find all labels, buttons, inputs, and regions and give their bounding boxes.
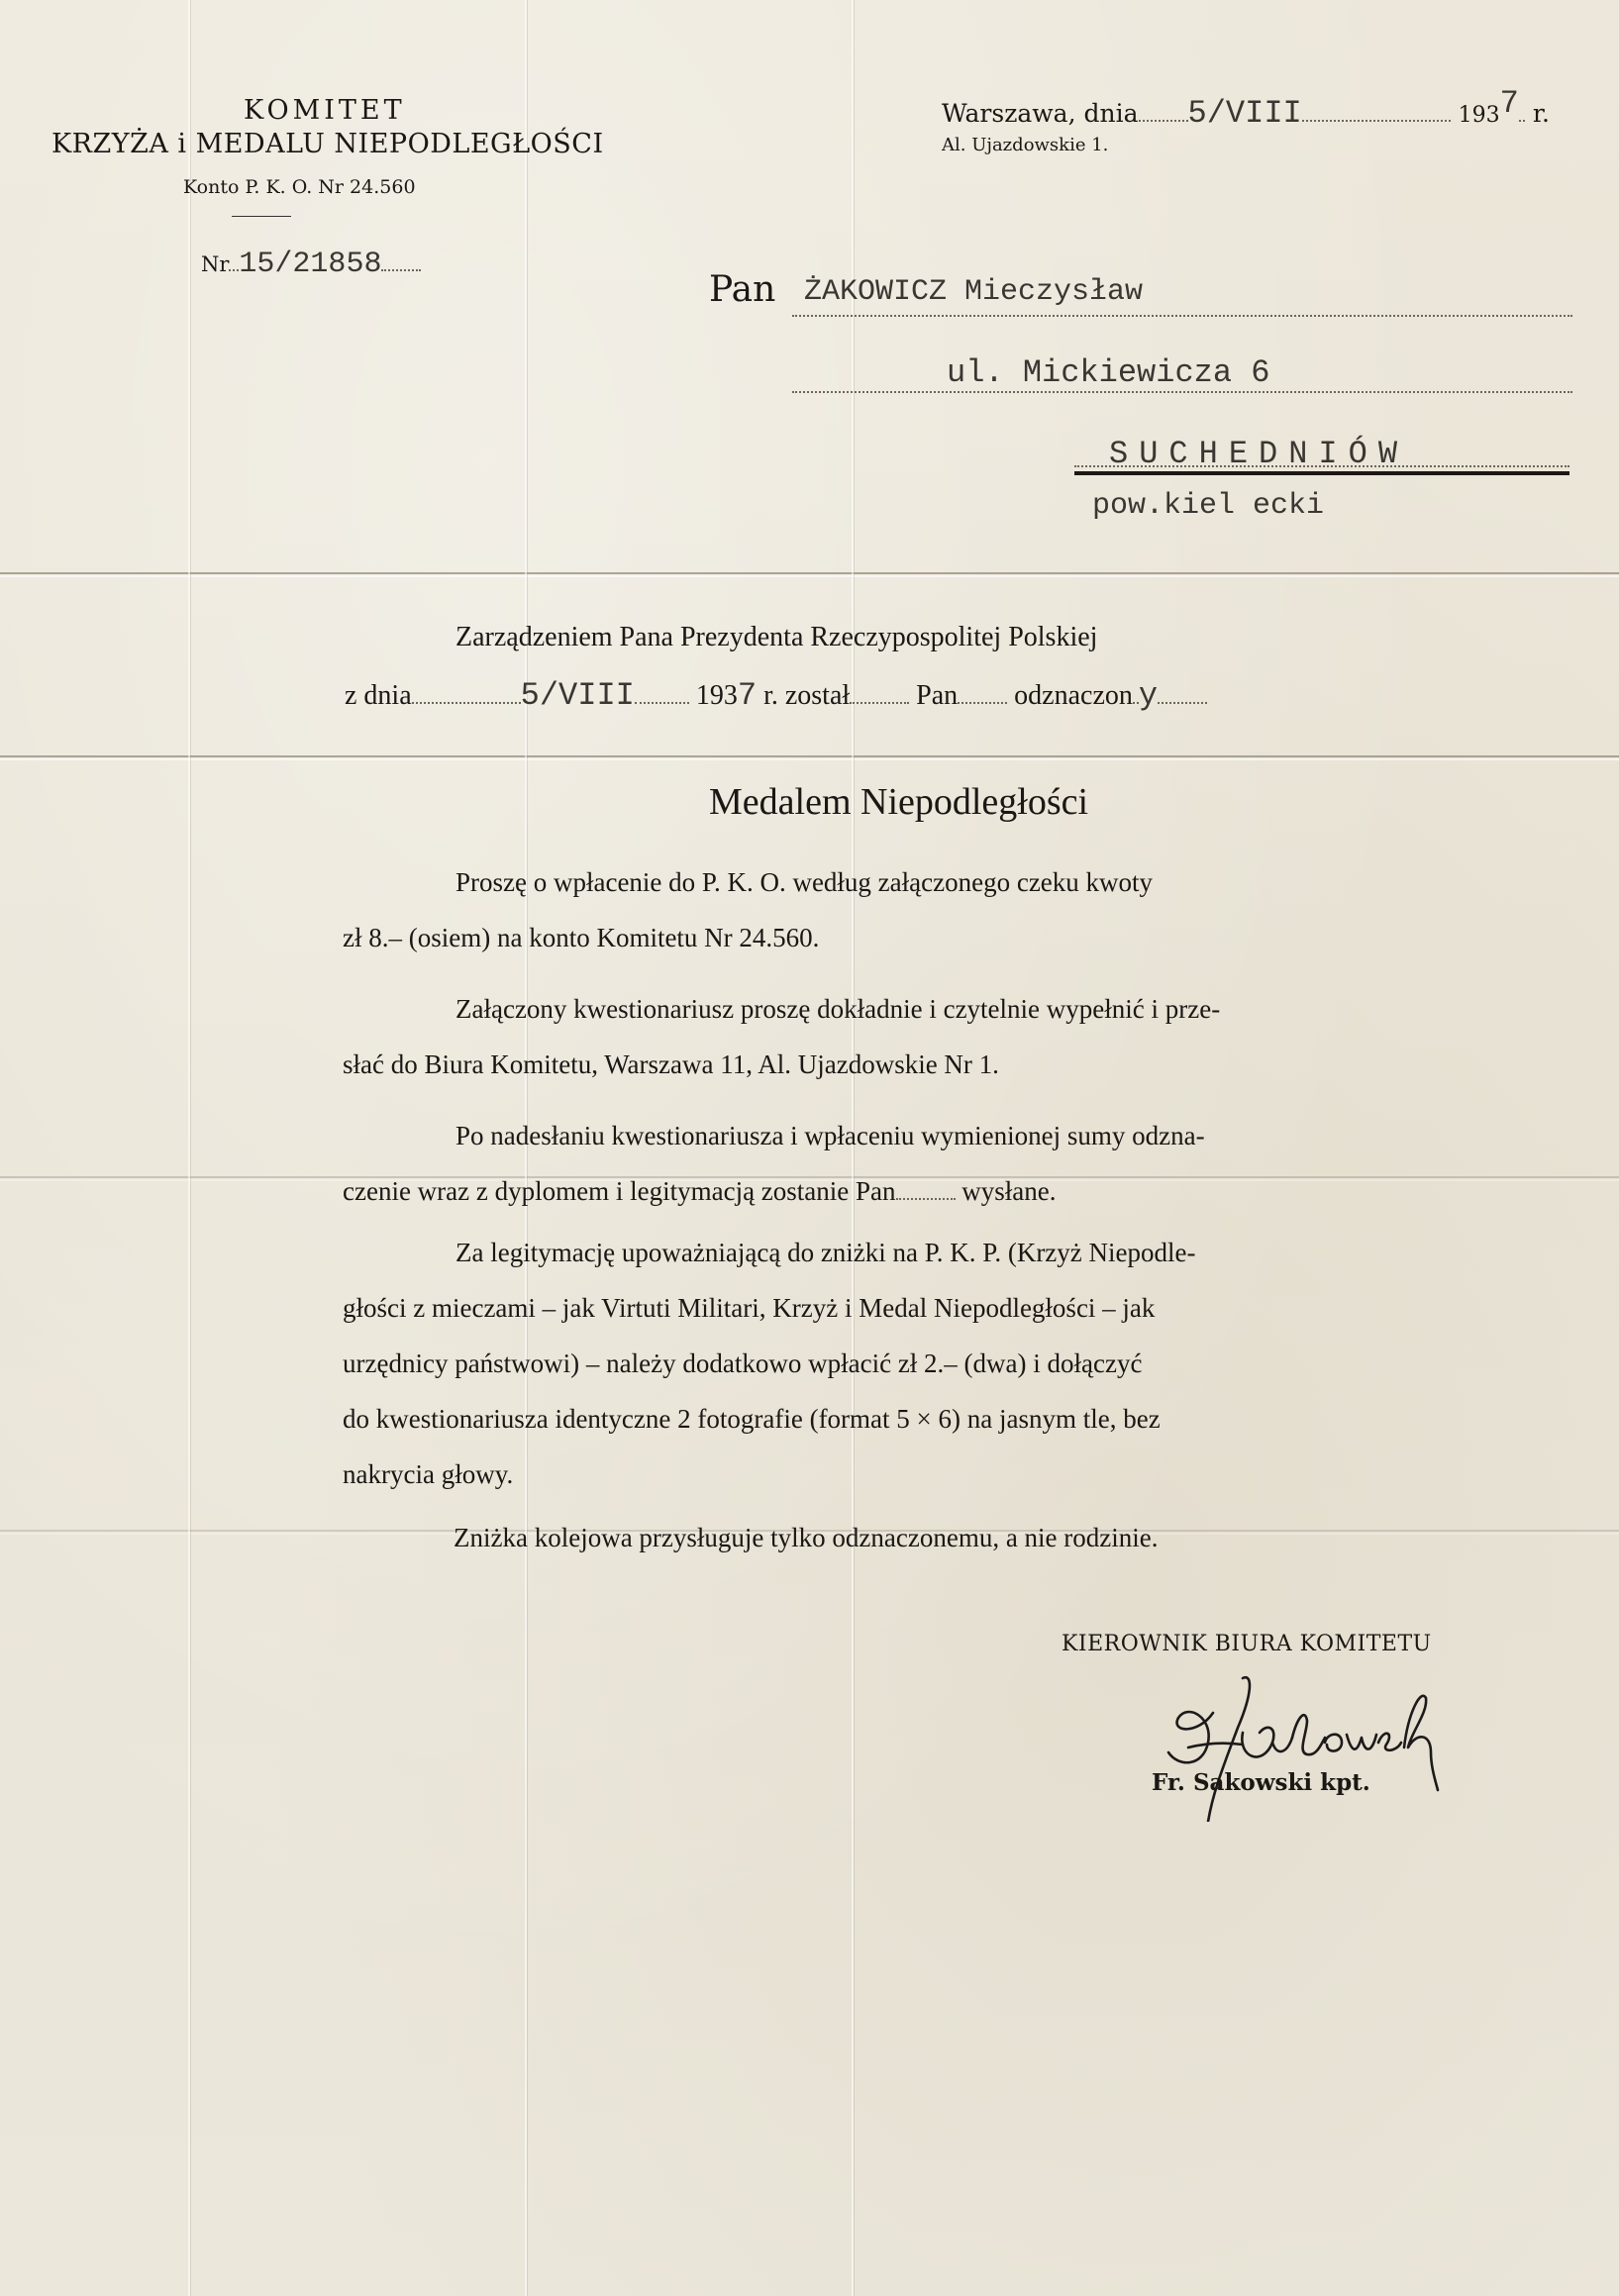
dateline-year-marker: r.: [1533, 99, 1550, 128]
document-page: KOMITET KRZYŻA i MEDALU NIEPODLEGŁOŚCI K…: [0, 0, 1619, 2296]
dateline-prefix: Warszawa, dnia: [942, 99, 1139, 128]
paragraph-4-line-1: Za legitymację upoważniającą do zniżki n…: [455, 1238, 1195, 1268]
recipient-salutation: Pan: [709, 269, 775, 310]
dotted-line: [792, 315, 1572, 317]
paragraph-5: Zniżka kolejowa przysługuje tylko odznac…: [454, 1523, 1159, 1553]
reference-number: Nr15/21858: [201, 248, 421, 281]
decree-awarded: odznaczon: [1014, 680, 1133, 711]
dateline-date: 5/VIII: [1188, 95, 1302, 132]
dotted-line: [792, 391, 1572, 393]
letterhead-account: Konto P. K. O. Nr 24.560: [183, 176, 416, 198]
sender-address: Al. Ujazdowskie 1.: [942, 135, 1108, 155]
reference-number-value: 15/21858: [239, 248, 381, 281]
paragraph-4-line-4: do kwestionariusza identyczne 2 fotograf…: [343, 1404, 1161, 1435]
reference-number-label: Nr: [201, 252, 229, 276]
paragraph-2-line-1: Załączony kwestionariusz proszę dokładni…: [455, 994, 1220, 1025]
city-underline: [1074, 471, 1569, 475]
decree-pan: Pan: [916, 680, 958, 711]
paragraph-1-line-1: Proszę o wpłacenie do P. K. O. według za…: [455, 867, 1153, 898]
dotted-line: [1074, 465, 1569, 467]
paragraph-1-line-2: zł 8.– (osiem) na konto Komitetu Nr 24.5…: [343, 923, 819, 953]
paragraph-4-line-5: nakrycia głowy.: [343, 1459, 513, 1490]
dateline: Warszawa, dnia5/VIII 1937 r.: [942, 95, 1550, 132]
dateline-year-suffix: 7: [1500, 85, 1519, 122]
paragraph-2-line-2: słać do Biura Komitetu, Warszawa 11, Al.…: [343, 1049, 999, 1080]
fold-crease: [0, 755, 1619, 757]
paragraph-3-text: czenie wraz z dyplomem i legitymacją zos…: [343, 1176, 896, 1206]
recipient-name: ŻAKOWICZ Mieczysław: [804, 275, 1143, 309]
decree-year-prefix: 193: [696, 680, 738, 711]
decree-middle: r. został: [763, 680, 850, 711]
decree-ending: y: [1139, 677, 1158, 714]
decree-year-suffix: 7: [738, 677, 757, 714]
recipient-district: pow.kiel ecki: [1092, 489, 1324, 523]
fold-crease: [188, 0, 190, 2296]
signatory-title: KIEROWNIK BIURA KOMITETU: [1062, 1632, 1432, 1656]
letterhead-rule: [232, 216, 291, 217]
paragraph-4-line-3: urzędnicy państwowi) – należy dodatkowo …: [343, 1348, 1142, 1379]
award-title: Medalem Niepodległości: [709, 780, 1088, 824]
paragraph-3-ending: wysłane.: [961, 1176, 1056, 1206]
paragraph-4-line-2: głości z mieczami – jak Virtuti Militari…: [343, 1293, 1155, 1324]
dateline-year-prefix: 193: [1459, 103, 1500, 128]
handwritten-signature-icon: [1149, 1673, 1475, 1822]
letterhead-title: KOMITET: [244, 95, 406, 126]
decree-prefix: z dnia: [345, 680, 412, 711]
fold-crease: [0, 572, 1619, 574]
recipient-street: ul. Mickiewicza 6: [947, 354, 1269, 391]
decree-line-2: z dnia5/VIII 1937 r. został Pan odznaczo…: [345, 677, 1207, 714]
signatory-name: Fr. Sakowski kpt.: [1152, 1769, 1370, 1796]
decree-date: 5/VIII: [521, 677, 635, 714]
letterhead-subtitle: KRZYŻA i MEDALU NIEPODLEGŁOŚCI: [51, 129, 604, 159]
paragraph-3-line-1: Po nadesłaniu kwestionariusza i wpłaceni…: [455, 1121, 1205, 1151]
decree-line-1: Zarządzeniem Pana Prezydenta Rzeczypospo…: [455, 622, 1097, 653]
paragraph-3-line-2: czenie wraz z dyplomem i legitymacją zos…: [343, 1176, 1057, 1207]
